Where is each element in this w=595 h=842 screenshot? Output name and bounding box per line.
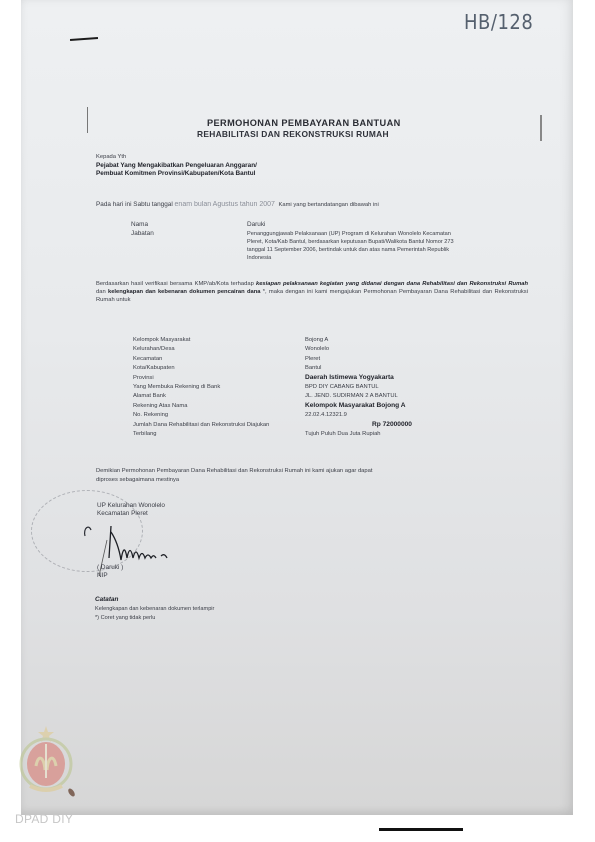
detail-label: Kecamatan	[133, 355, 162, 363]
detail-value: Wonolelo	[305, 345, 329, 353]
scan-mark-right-line	[540, 115, 542, 141]
body-paragraph-part1: Berdasarkan hasil verifikasi bersama KMP…	[96, 281, 256, 287]
intro-prefix: Pada hari ini Sabtu tanggal	[96, 201, 173, 208]
detail-label: Kelompok Masyarakat	[133, 336, 190, 344]
detail-label: Rekening Atas Nama	[133, 402, 187, 410]
detail-label: Alamat Bank	[133, 392, 166, 400]
dpad-emblem-icon	[16, 724, 76, 796]
document-title-line1: PERMOHONAN PEMBAYARAN BANTUAN	[207, 118, 401, 128]
scan-mark-bottom-bar	[379, 828, 463, 831]
closing-line2: diproses sebagaimana mestinya	[96, 476, 179, 484]
signature-org-line2: Kecamatan Pleret	[97, 510, 148, 518]
body-paragraph: Berdasarkan hasil verifikasi bersama KMP…	[96, 280, 528, 304]
position-value-line2: Pleret, Kota/Kab Bantul, berdasarkan kep…	[247, 238, 454, 246]
notes-heading: Catatan	[95, 596, 118, 604]
name-value: Daruki	[247, 221, 265, 229]
intro-suffix: Kami yang bertandatangan dibawah ini	[279, 202, 379, 208]
detail-value: 22.02.4.12321.9	[305, 411, 347, 419]
detail-value: Kelompok Masyarakat Bojong A	[305, 402, 406, 410]
detail-label: Kelurahan/Desa	[133, 345, 175, 353]
detail-label: Yang Membuka Rekening di Bank	[133, 383, 220, 391]
position-value-line4: Indonesia	[247, 254, 271, 262]
name-label: Nama	[131, 221, 148, 229]
position-value-line3: tanggal 11 September 2006, bertindak unt…	[247, 246, 449, 254]
notes-line1: Kelengkapan dan kebenaran dokumen terlam…	[95, 605, 214, 613]
notes-line2: *) Coret yang tidak perlu	[95, 614, 155, 622]
body-paragraph-emphasis: kesiapan pelaksanaan kegiatan yang didan…	[256, 281, 528, 287]
detail-value: Tujuh Puluh Dua Juta Rupiah	[305, 430, 381, 438]
detail-value: Daerah Istimewa Yogyakarta	[305, 374, 394, 382]
closing-line1: Demikian Permohonan Pembayaran Dana Reha…	[96, 467, 372, 475]
scan-mark-dash	[70, 37, 98, 41]
body-paragraph-bold: kelengkapan dan kebenaran dokumen pencai…	[108, 289, 261, 295]
signer-nip: NIP	[97, 572, 108, 580]
intro-handwritten-date: enam bulan Agustus tahun 2007	[175, 201, 275, 208]
document-title-line2: REHABILITASI DAN REKONSTRUKSI RUMAH	[197, 129, 389, 139]
details-table: Kelompok MasyarakatBojong AKelurahan/Des…	[133, 336, 463, 446]
detail-value: Pleret	[305, 355, 320, 363]
position-label: Jabatan	[131, 230, 154, 238]
addressee-line2: Pembuat Komitmen Provinsi/Kabupaten/Kota…	[96, 170, 255, 178]
detail-value: Bojong A	[305, 336, 328, 344]
signature-org-line1: UP Kelurahan Wonolelo	[97, 502, 165, 510]
handwritten-archive-code: HB/128	[464, 10, 533, 34]
signer-name: ( Daruki )	[97, 564, 123, 572]
detail-value: Bantul	[305, 364, 321, 372]
detail-label: Terbilang	[133, 430, 157, 438]
addressee-greeting: Kepada Yth	[96, 153, 126, 161]
body-paragraph-part3: dan	[96, 289, 108, 295]
detail-value: Rp 72000000	[372, 421, 412, 429]
detail-label: Kota/Kabupaten	[133, 364, 175, 372]
addressee-line1: Pejabat Yang Mengakibatkan Pengeluaran A…	[96, 162, 257, 170]
scanned-document-page: HB/128 PERMOHONAN PEMBAYARAN BANTUAN REH…	[21, 0, 573, 815]
intro-line: Pada hari ini Sabtu tanggal enam bulan A…	[96, 201, 379, 209]
detail-label: Jumlah Dana Rehabilitasi dan Rekonstruks…	[133, 421, 269, 429]
detail-label: No. Rekening	[133, 411, 168, 419]
position-value-line1: Penanggungjawab Pelaksanaan (UP) Program…	[247, 230, 451, 238]
dpad-watermark: DPAD DIY	[15, 812, 73, 826]
scan-mark-left-line	[87, 107, 88, 133]
detail-value: BPD DIY CABANG BANTUL	[305, 383, 379, 391]
detail-label: Provinsi	[133, 374, 154, 382]
detail-value: JL. JEND. SUDIRMAN 2 A BANTUL	[305, 392, 398, 400]
